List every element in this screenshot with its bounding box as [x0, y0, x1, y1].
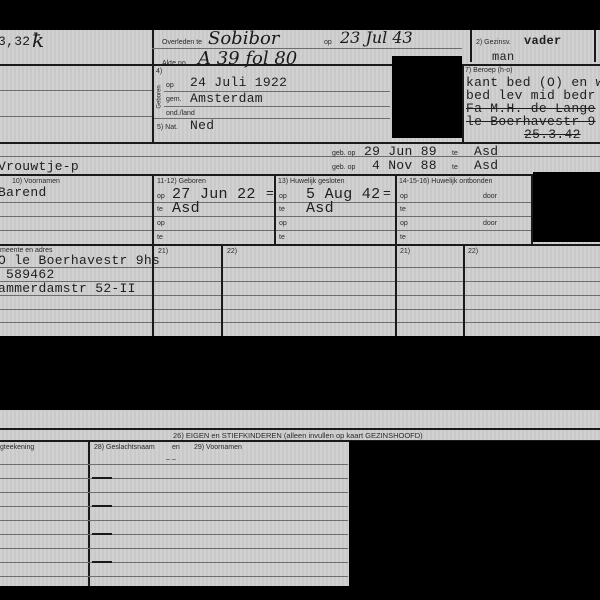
row-rule — [164, 106, 390, 107]
birth-place-value: Amsterdam — [190, 91, 263, 106]
father-geb-date: 29 Jun 89 — [364, 144, 437, 159]
address-line-2: 589462 — [6, 267, 55, 282]
row-rule — [0, 492, 348, 493]
row-rule — [0, 156, 600, 157]
spouse-geboren-te2-label: te — [157, 234, 163, 241]
divider — [152, 174, 154, 244]
divider — [221, 244, 223, 336]
gezinsv-stamp: vader — [524, 34, 562, 48]
divider — [470, 30, 472, 62]
row-divider — [0, 64, 600, 66]
row-rule — [0, 576, 348, 577]
row-rule — [0, 202, 532, 203]
ontbonden-label: 14-15-16) Huwelijk ontbonden — [399, 178, 492, 185]
nationality-value: Ned — [190, 118, 214, 133]
huwelijk-op-label: op — [279, 193, 287, 200]
children-card: 26) EIGEN en STIEFKINDEREN (alleen invul… — [0, 410, 600, 600]
divider — [395, 244, 397, 336]
col-21b-label: 21) — [400, 248, 410, 255]
overleden-place: Sobibor — [208, 28, 279, 49]
birth-date-label: op — [166, 82, 174, 89]
divider — [152, 64, 154, 144]
row-rule — [0, 464, 348, 465]
row-rule — [0, 506, 348, 507]
corner-number: 3,32 — [0, 34, 30, 49]
col-21-label: 21) — [158, 248, 168, 255]
col-22b-label: 22) — [468, 248, 478, 255]
spouse-geboren-te-label: te — [157, 206, 163, 213]
mother-te-value: Asd — [474, 158, 498, 173]
row-rule — [0, 478, 348, 479]
divider — [463, 244, 465, 336]
marker — [92, 561, 112, 563]
row-divider — [0, 142, 600, 144]
row-rule — [0, 562, 348, 563]
row-rule — [0, 230, 532, 231]
row-rule — [0, 116, 152, 117]
marker — [92, 505, 112, 507]
signature-label: gteekening — [0, 444, 34, 451]
birth-section-number: 4) — [156, 68, 162, 75]
mother-geb-date: 4 Nov 88 — [372, 158, 437, 173]
huwelijk-eq: = — [383, 186, 391, 201]
corner-check-mark: ꝁ — [32, 28, 44, 52]
father-geb-label: geb. op — [332, 150, 355, 157]
row-rule — [152, 118, 390, 119]
redacted-block — [349, 441, 600, 600]
firstnames-label: 29) Voornamen — [194, 444, 242, 451]
divider — [594, 30, 596, 62]
huwelijk-label: 13) Huwelijk gesloten — [278, 178, 345, 185]
col-22-label: 22) — [227, 248, 237, 255]
huwelijk-op2-label: op — [279, 220, 287, 227]
nationality-label: 5) Nat. — [157, 124, 178, 131]
divider — [395, 174, 397, 244]
birth-place-label: gem. — [166, 96, 182, 103]
redacted-block — [392, 56, 462, 138]
birth-country-label: ond./land — [166, 110, 195, 117]
divider — [152, 244, 154, 336]
row-divider — [0, 244, 600, 246]
row-rule — [0, 216, 532, 217]
huwelijk-te-value: Asd — [306, 200, 334, 217]
address-line-1: O le Boerhavestr 9hs — [0, 253, 160, 268]
ontbonden-te-label: te — [400, 206, 406, 213]
row-rule — [0, 309, 600, 310]
ontbonden-te2-label: te — [400, 234, 406, 241]
address-line-3: ammerdamstr 52-II — [0, 281, 136, 296]
huwelijk-te-label: te — [279, 206, 285, 213]
marker — [92, 477, 112, 479]
spouse-geboren-op2-label: op — [157, 220, 165, 227]
ontbonden-door-label: door — [483, 193, 497, 200]
ontbonden-op2-label: op — [400, 220, 408, 227]
mother-name: Vrouwtje-p — [0, 159, 79, 174]
spouse-geboren-op-label: op — [157, 193, 165, 200]
overleden-date-label: op — [324, 39, 332, 46]
card-bottom-edge — [0, 586, 349, 600]
children-header: 26) EIGEN en STIEFKINDEREN (alleen invul… — [173, 431, 423, 440]
row-divider — [0, 428, 600, 430]
en-label: en — [172, 444, 180, 451]
ontbonden-door2-label: door — [483, 220, 497, 227]
row-rule — [0, 90, 152, 91]
row-rule — [0, 548, 348, 549]
spouse-geboren-te-value: Asd — [172, 200, 200, 217]
occupation-line-5: 25.3.42 — [524, 127, 581, 142]
row-divider — [0, 174, 532, 176]
divider — [462, 64, 464, 144]
birth-group-label: Geboren — [157, 85, 163, 108]
row-rule — [0, 267, 600, 268]
row-rule — [0, 520, 348, 521]
overleden-date: 23 Jul 43 — [340, 28, 413, 47]
spouse-voornamen-value: Barend — [0, 185, 47, 200]
divider — [88, 440, 90, 586]
occupation-label: 7) Beroep (h-o) — [465, 67, 512, 74]
divider — [274, 174, 276, 244]
father-te-label: te — [452, 150, 458, 157]
redacted-block — [533, 172, 600, 242]
mother-te-label: te — [452, 164, 458, 171]
surname-label: 28) Geslachtsnaam — [94, 444, 155, 451]
mother-geb-label: geb. op — [332, 164, 355, 171]
spouse-voornamen-label: 10) Voornamen — [12, 178, 60, 185]
row-rule — [0, 295, 600, 296]
row-rule — [0, 322, 600, 323]
spouse-geboren-label: 11-12) Geboren — [157, 178, 206, 185]
registration-card: 3,32 ꝁ Overleden te Sobibor op 23 Jul 43… — [0, 30, 600, 336]
marker — [92, 533, 112, 535]
spouse-geboren-eq: = — [266, 186, 274, 201]
overleden-label: Overleden te — [162, 39, 202, 46]
father-te-value: Asd — [474, 144, 498, 159]
gezinsv-label: 2) Gezinsv. — [476, 39, 511, 46]
birth-date-value: 24 Juli 1922 — [190, 75, 287, 90]
ontbonden-op-label: op — [400, 193, 408, 200]
row-rule — [0, 534, 348, 535]
huwelijk-te2-label: te — [279, 234, 285, 241]
row-rule — [0, 281, 600, 282]
gezinsv-value: man — [492, 50, 515, 64]
dash-mark: – – — [166, 456, 176, 463]
